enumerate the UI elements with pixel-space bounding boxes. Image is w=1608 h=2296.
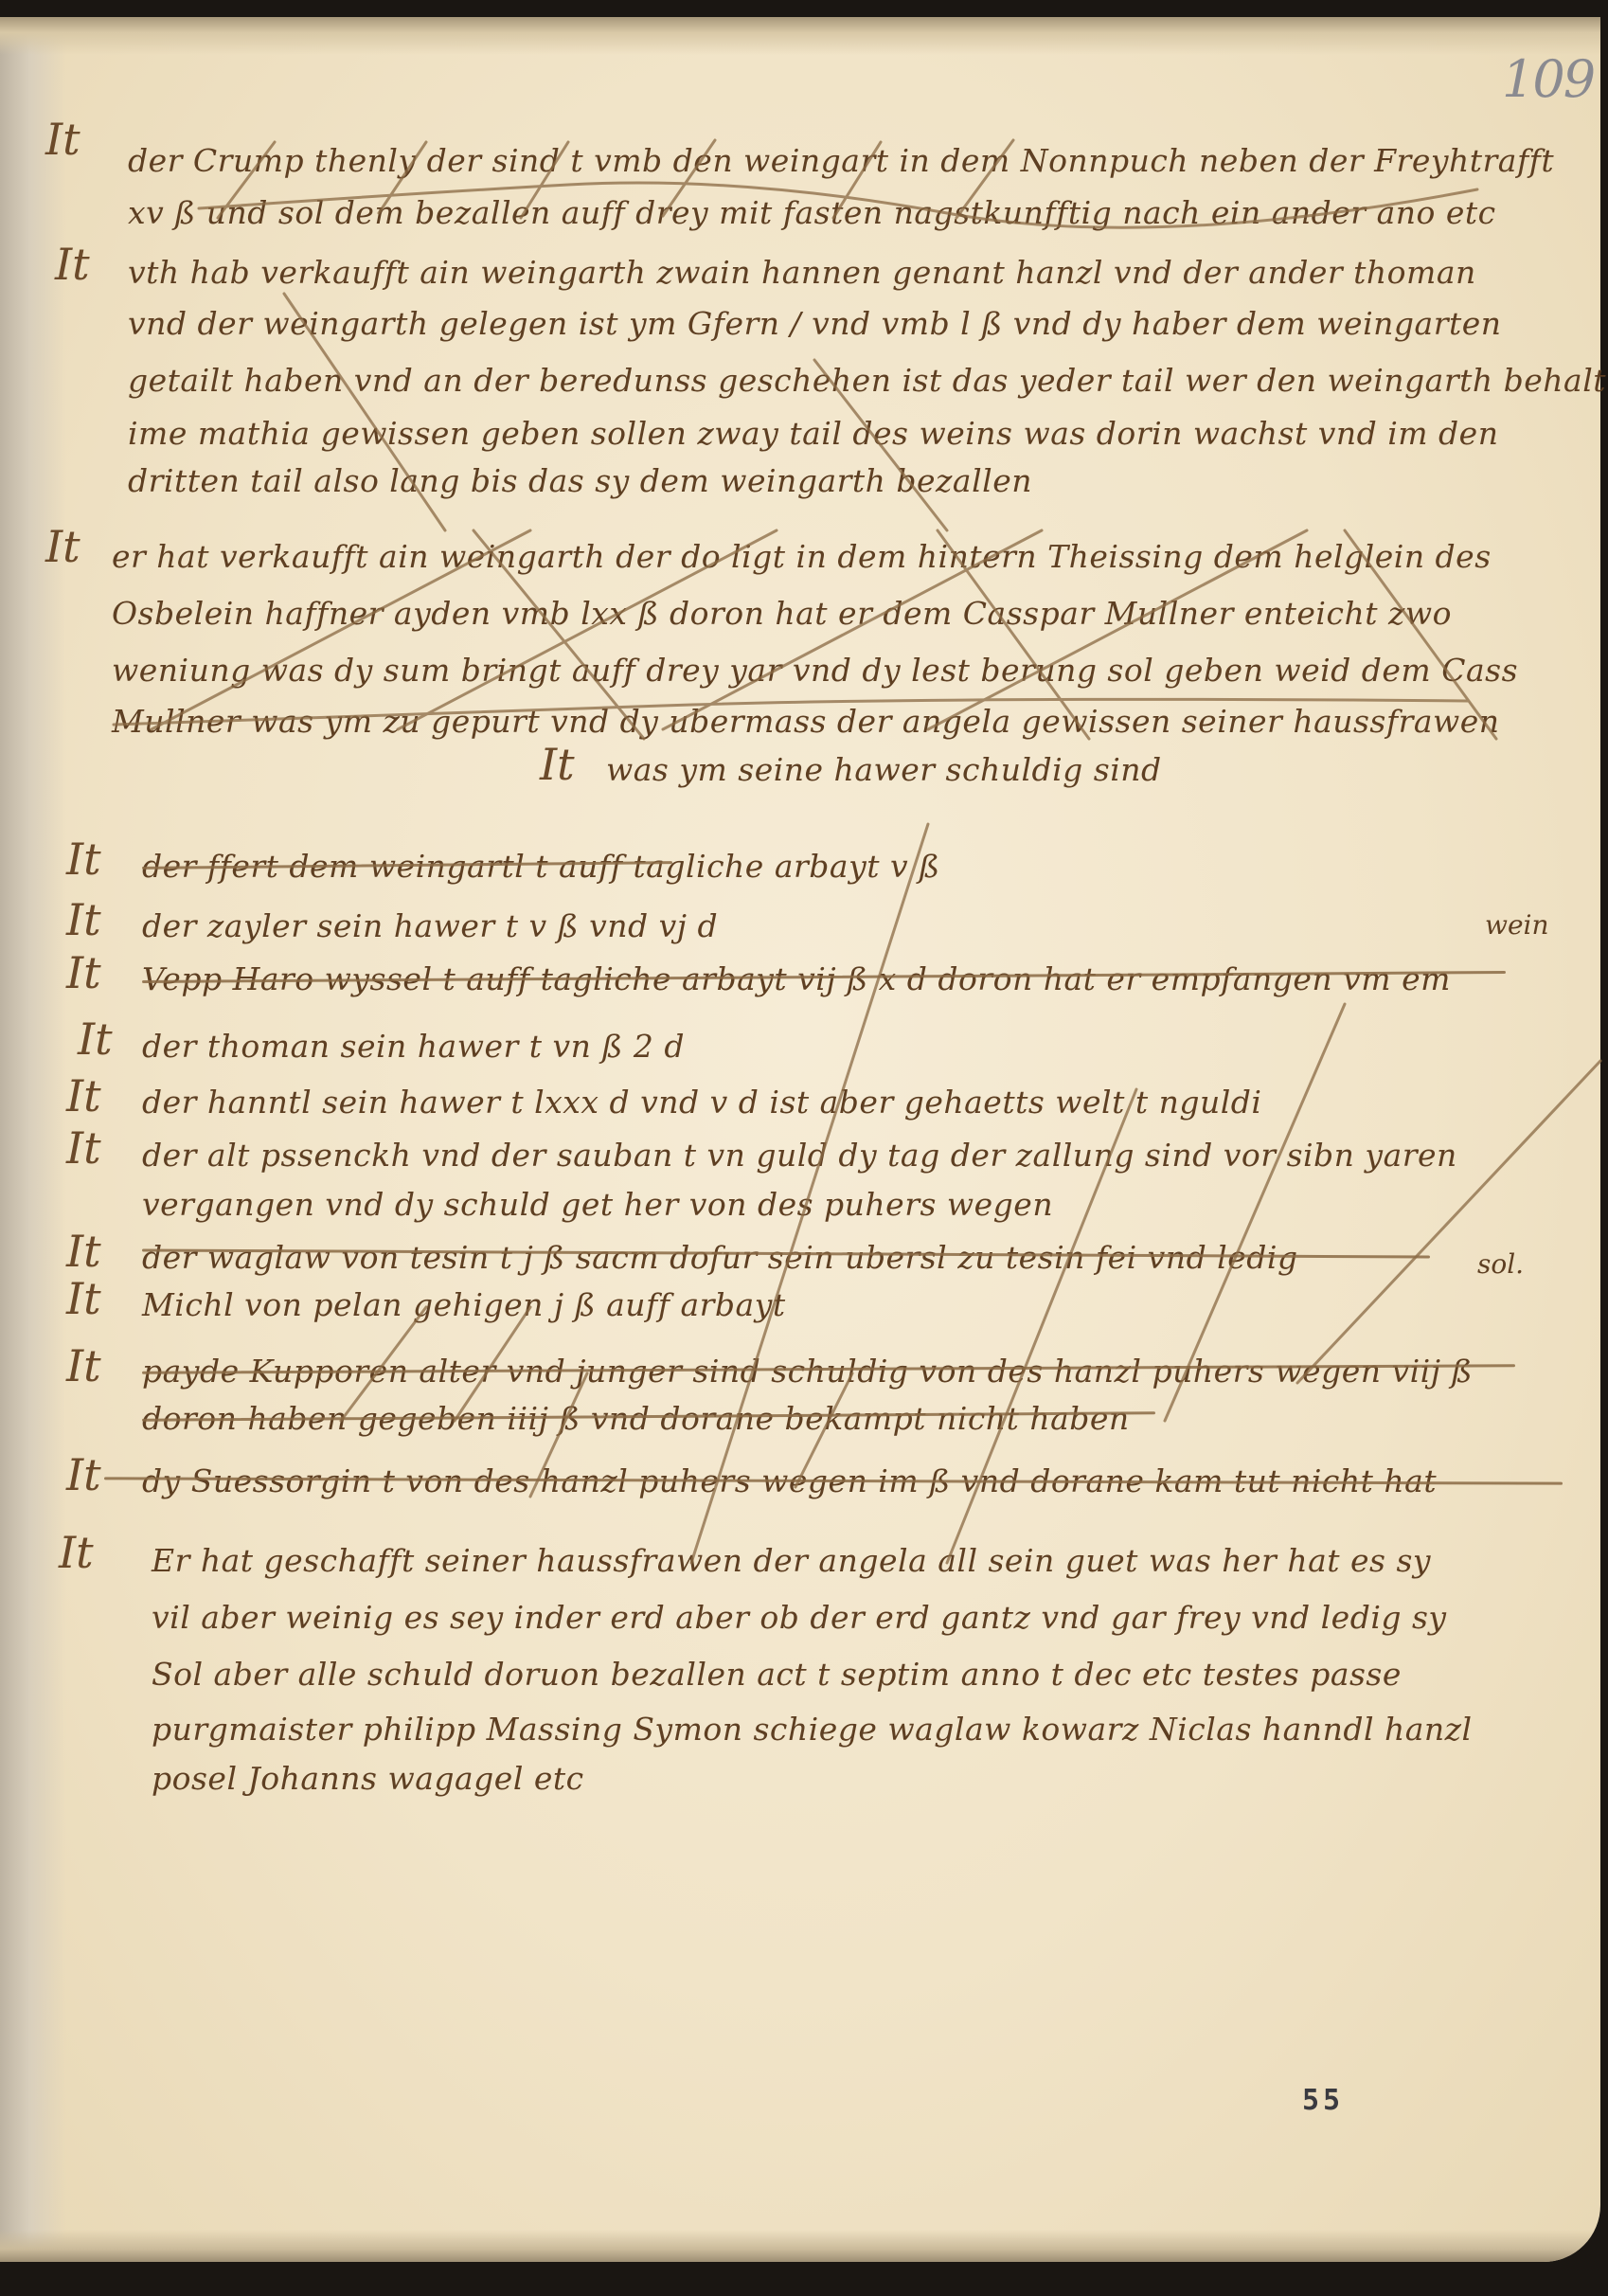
entry-line: Er hat geschafft seiner haussfrawen der …: [152, 1542, 1431, 1579]
item-mark: It: [45, 521, 80, 572]
item-mark: It: [55, 239, 90, 290]
entry-line: vth hab verkaufft ain weingarth zwain ha…: [128, 254, 1476, 291]
section-mark: It: [540, 739, 575, 790]
entry-line: Sol aber alle schuld doruon bezallen act…: [152, 1656, 1402, 1693]
item-mark: It: [66, 834, 101, 885]
entry-line: xv ß und sol dem bezallen auff drey mit …: [128, 194, 1496, 231]
entry-line: der Crump thenly der sind t vmb den wein…: [128, 142, 1554, 179]
entry-line: vergangen vnd dy schuld get her von des …: [142, 1186, 1053, 1223]
item-mark: It: [78, 1013, 113, 1065]
entry-line: Mullner was ym zu gepurt vnd dy ubermass…: [112, 703, 1500, 740]
entry-line: posel Johanns wagagel etc: [152, 1760, 584, 1797]
folio-number: 109: [1502, 49, 1594, 109]
item-mark: It: [66, 1226, 101, 1277]
item-mark: It: [66, 947, 101, 998]
item-mark: It: [66, 1122, 101, 1174]
item-mark: It: [45, 114, 80, 165]
marginal-note: wein: [1485, 909, 1549, 941]
entry-line: der alt pssenckh vnd der sauban t vn gul…: [142, 1137, 1457, 1174]
stamp-number: 55: [1302, 2084, 1344, 2117]
item-mark: It: [66, 1273, 101, 1324]
marginal-note: sol.: [1477, 1248, 1524, 1280]
item-mark: It: [66, 894, 101, 945]
item-mark: It: [66, 1070, 101, 1121]
entry-line: der thoman sein hawer t vn ß 2 d: [142, 1028, 685, 1065]
section-heading: was ym seine hawer schuldig sind: [606, 751, 1162, 788]
entry-line: getailt haben vnd an der beredunss gesch…: [128, 362, 1606, 399]
entry-line: der zayler sein hawer t v ß vnd vj d: [142, 907, 718, 944]
entry-line: der waglaw von tesin t j ß sacm dofur se…: [142, 1239, 1298, 1276]
item-mark: It: [66, 1340, 101, 1391]
entry-line: Osbelein haffner ayden vmb lxx ß doron h…: [112, 595, 1452, 632]
item-mark: It: [59, 1527, 94, 1578]
entry-line: vnd der weingarth gelegen ist ym Gfern /…: [128, 305, 1502, 342]
entry-line: purgmaister philipp Massing Symon schieg…: [152, 1711, 1473, 1748]
entry-line: dritten tail also lang bis das sy dem we…: [128, 462, 1032, 499]
page-bottom-edge: [0, 2230, 1600, 2262]
entry-line: er hat verkaufft ain weingarth der do li…: [112, 538, 1492, 575]
entry-line: vil aber weinig es sey inder erd aber ob…: [152, 1599, 1447, 1636]
entry-line: ime mathia gewissen geben sollen zway ta…: [128, 415, 1498, 452]
entry-line: weniung was dy sum bringt auff drey yar …: [112, 652, 1518, 689]
entry-line: Michl von pelan gehigen j ß auff arbayt: [142, 1286, 786, 1323]
item-mark: It: [66, 1449, 101, 1500]
entry-line: der hanntl sein hawer t lxxx d vnd v d i…: [142, 1084, 1261, 1121]
